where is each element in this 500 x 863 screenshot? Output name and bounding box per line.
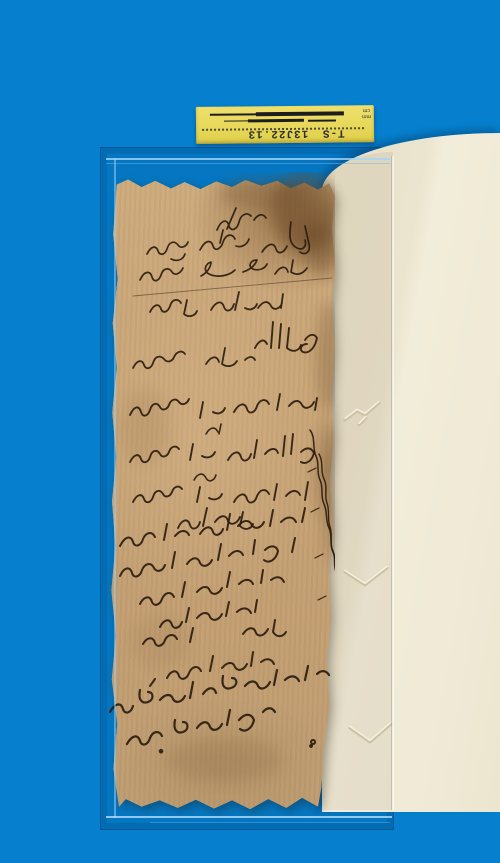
paper-stains bbox=[119, 172, 335, 782]
ruler-classmark-label: T-S 13J22.13 bbox=[226, 124, 366, 141]
ruler-unit-labels: mm cm bbox=[362, 107, 371, 119]
sleeve-bottom-edge bbox=[106, 816, 392, 818]
sleeve-top-edge-inner bbox=[106, 163, 390, 164]
sleeve-left-edge bbox=[114, 158, 116, 818]
scale-ruler: T-S 13J22.13 mm cm bbox=[196, 105, 374, 144]
ruler-scale-bar bbox=[308, 119, 336, 122]
ruler-scale-bar bbox=[210, 113, 258, 115]
sleeve-right-edge bbox=[392, 156, 394, 810]
sleeve-top-edge bbox=[106, 158, 390, 160]
ruler-unit-mm: mm bbox=[362, 113, 371, 119]
ruler-scale-bar bbox=[224, 120, 250, 121]
ruler-scale-bar bbox=[256, 111, 344, 116]
ruler-scale-bar bbox=[248, 119, 304, 123]
crease-marks bbox=[335, 380, 405, 760]
handwriting-ink bbox=[105, 172, 335, 812]
script-strokes bbox=[110, 208, 335, 752]
photo-backdrop: T-S 13J22.13 mm cm bbox=[0, 0, 500, 863]
ruler-unit-cm: cm bbox=[362, 107, 371, 113]
sleeve-bottom-edge-inner bbox=[150, 822, 390, 823]
